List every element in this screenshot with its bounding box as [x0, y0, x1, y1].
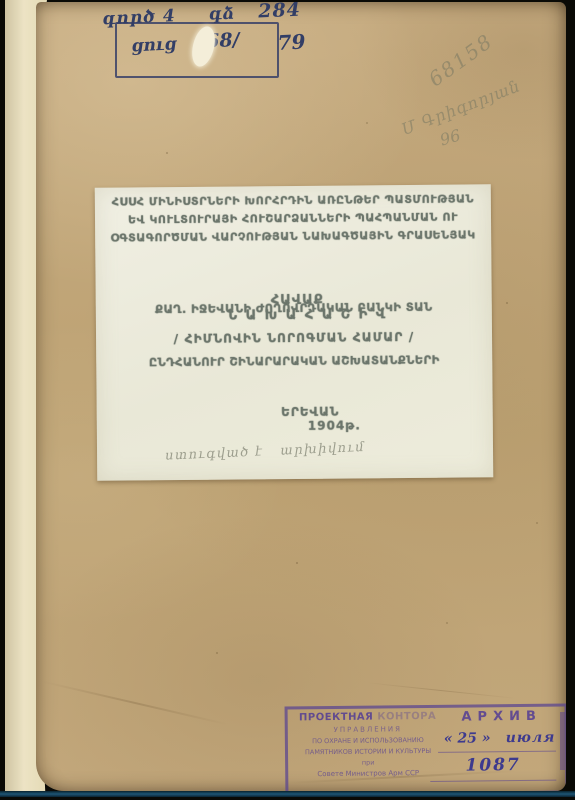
stamp-edge-bar: [560, 712, 565, 770]
year: 1904թ.: [308, 418, 361, 432]
works-line: ԸՆԴՀԱՆՈՒՐ ՇԻՆԱՐԱՐԱԿԱՆ ԱՇԽԱՏԱՆՔՆԵՐԻ: [96, 352, 492, 369]
glued-title-label: ՀՍՍՀ ՄԻՆԻՍՏՐՆԵՐԻ ԽՈՐՀՐԴԻՆ ԱՌԸՆԹԵՐ ՊԱՏՄՈՒ…: [95, 184, 494, 480]
pencil-signature-annotation: Մ Գրիգորյան: [399, 76, 523, 139]
inventory-word: ցուց: [131, 34, 177, 56]
stamp-date-field: « 25 » июля: [438, 727, 556, 753]
paper-crease: [42, 681, 228, 726]
organization-name-line-2: ԵՎ ԿՈՒԼՏՈՒՐԱՅԻ ՀՈՒՇԱՐՁԱՆՆԵՐԻ ՊԱՀՊԱՆՄԱՆ Ո…: [95, 210, 491, 226]
file-number: 284: [258, 2, 302, 23]
scanner-artifact-line: [0, 791, 575, 797]
stamp-org-line-6: Совете Министров Арм ССР: [292, 768, 444, 781]
stamp-org-name-line: ПРОЕКТНАЯ КОНТОРА: [292, 711, 444, 724]
folder-cover: գործ 4 գձ 284 ցուց 68/ 79 68158 Մ Գրիգոր…: [36, 2, 566, 791]
stamp-org-word-2: КОНТОРА: [377, 711, 436, 723]
paper-specks: [36, 2, 38, 4]
stamp-date-day: « 25 »: [444, 730, 491, 746]
stamp-date-month: июля: [506, 730, 556, 747]
scanned-archive-cover: { "document": { "registration_box": { "f…: [0, 0, 575, 800]
pencil-code-annotation: 68158: [424, 29, 498, 92]
stamp-archive-word: АРХИВ: [446, 709, 558, 725]
organization-name-line-3: ՕԳՏԱԳՈՐԾՄԱՆ ՎԱՐՉՈՒԹՅԱՆ ՆԱԽԱԳԾԱՅԻՆ ԳՐԱՍԵՆ…: [95, 228, 491, 244]
city-name: ԵՐԵՎԱՆ: [281, 405, 340, 420]
stamp-organization-block: ПРОЕКТНАЯ КОНТОРА УПРАВЛЕНИЯ ПО ОХРАНЕ И…: [292, 711, 445, 781]
stamp-number-field: 1087: [430, 755, 556, 782]
bracket-note-line: / ՀԻՄՆՈՎԻՆ ՆՈՐՈԳՄԱՆ ՀԱՄԱՐ /: [96, 329, 492, 346]
paper-crease: [366, 682, 515, 699]
stamp-number: 1087: [465, 755, 521, 776]
city-year-line: ԵՐԵՎԱՆ 1904թ.: [97, 389, 493, 448]
organization-name-line-1: ՀՍՍՀ ՄԻՆԻՍՏՐՆԵՐԻ ԽՈՐՀՐԴԻՆ ԱՌԸՆԹԵՐ ՊԱՏՄՈՒ…: [95, 192, 491, 208]
after-blot-number: 79: [277, 29, 306, 54]
pencil-number-annotation: 96: [438, 126, 463, 150]
stamp-org-word-1: ПРОЕКТНАЯ: [299, 712, 377, 724]
archive-stamp: ПРОЕКТНАЯ КОНТОРА УПРАВЛЕНИЯ ПО ОХРАНЕ И…: [285, 704, 566, 791]
